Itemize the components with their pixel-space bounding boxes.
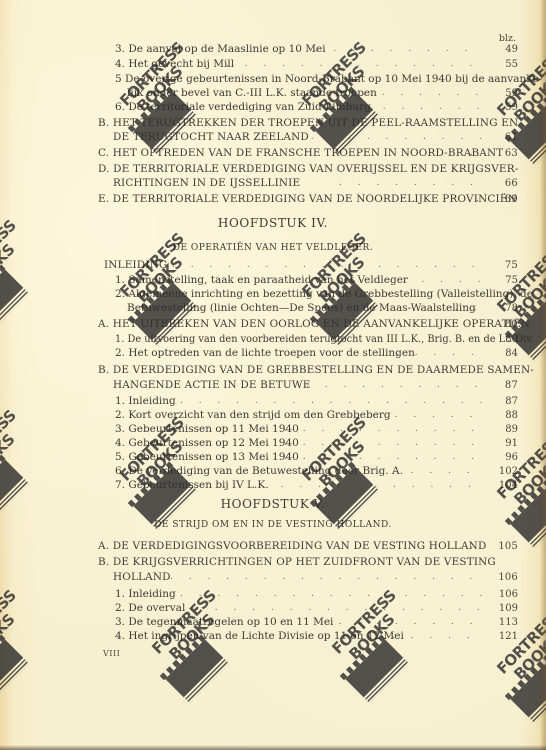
page-bottom-edge <box>0 745 546 750</box>
chapter-heading: HOOFDSTUK V. <box>0 497 546 511</box>
chapter-subtitle: DE STRIJD OM EN IN DE VESTING HOLLAND. <box>0 520 546 530</box>
watermark-logo-icon: FORTRESSBOOKS <box>0 581 59 708</box>
watermark-logo-icon: FORTRESSBOOKS <box>0 211 59 338</box>
chapter-heading: HOOFDSTUK IV. <box>0 216 546 230</box>
page-edge <box>540 0 546 750</box>
chapter-subtitle: DE OPERATIËN VAN HET VELDLEGER. <box>0 243 546 253</box>
page-folio: VIII <box>103 649 120 658</box>
toc-page: blz. 3. De aanval op de Maaslinie op 10 … <box>0 0 546 750</box>
